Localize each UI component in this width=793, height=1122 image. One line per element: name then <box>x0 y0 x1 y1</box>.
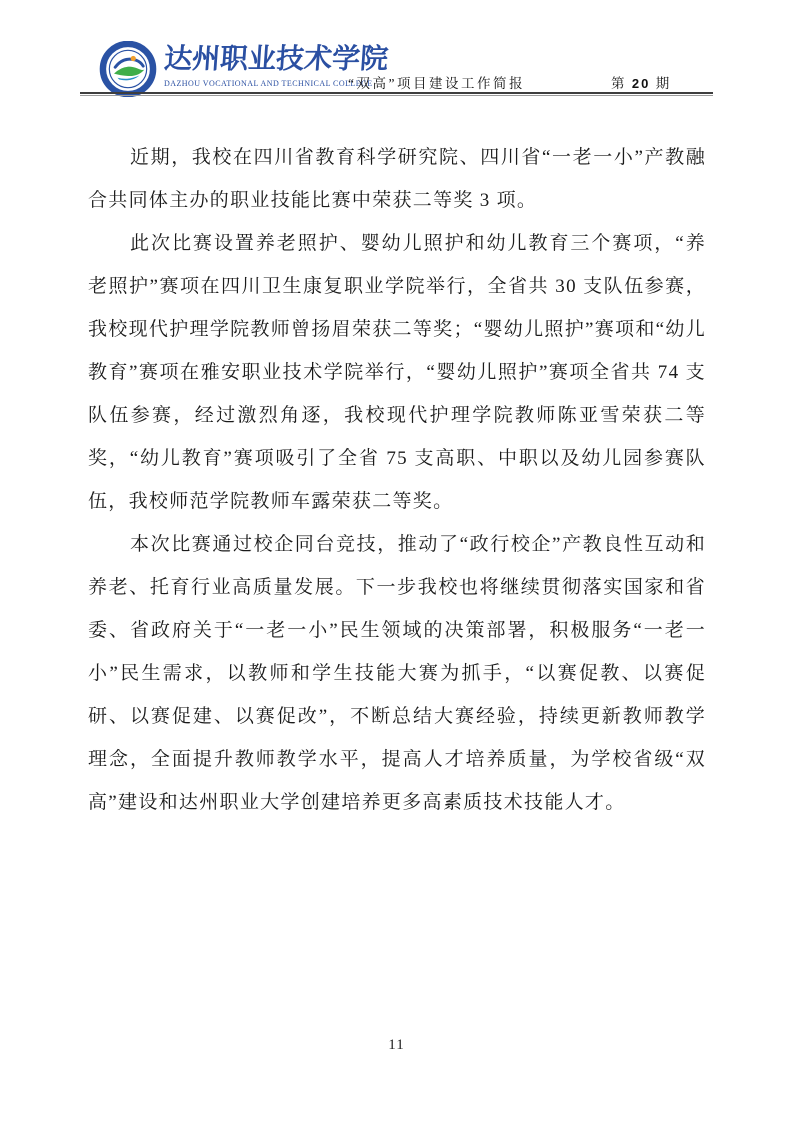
paragraph: 此次比赛设置养老照护、婴幼儿照护和幼儿教育三个赛项，“养老照护”赛项在四川卫生康… <box>88 222 706 523</box>
page-number: 11 <box>0 1037 793 1054</box>
college-emblem-icon <box>99 41 157 97</box>
paragraph: 近期，我校在四川省教育科学研究院、四川省“一老一小”产教融合共同体主办的职业技能… <box>88 136 706 222</box>
paragraph: 本次比赛通过校企同台竞技，推动了“政行校企”产教良性互动和养老、托育行业高质量发… <box>88 523 706 824</box>
issue-number: 20 <box>632 76 650 91</box>
college-name-block: 达州职业技术学院 DAZHOU VOCATIONAL AND TECHNICAL… <box>164 42 364 89</box>
header-divider <box>80 92 713 96</box>
issue-label: 第 20 期 <box>611 72 671 92</box>
college-logo <box>99 41 157 97</box>
college-name-zh: 达州职业技术学院 <box>163 42 366 78</box>
issue-prefix: 第 <box>611 76 627 91</box>
document-page: 达州职业技术学院 DAZHOU VOCATIONAL AND TECHNICAL… <box>0 0 793 1122</box>
article-body: 近期，我校在四川省教育科学研究院、四川省“一老一小”产教融合共同体主办的职业技能… <box>88 136 706 824</box>
bulletin-title: “双高”项目建设工作简报 <box>348 72 525 92</box>
issue-suffix: 期 <box>656 76 672 91</box>
college-name-en: DAZHOU VOCATIONAL AND TECHNICAL COLLEGE <box>164 79 364 89</box>
